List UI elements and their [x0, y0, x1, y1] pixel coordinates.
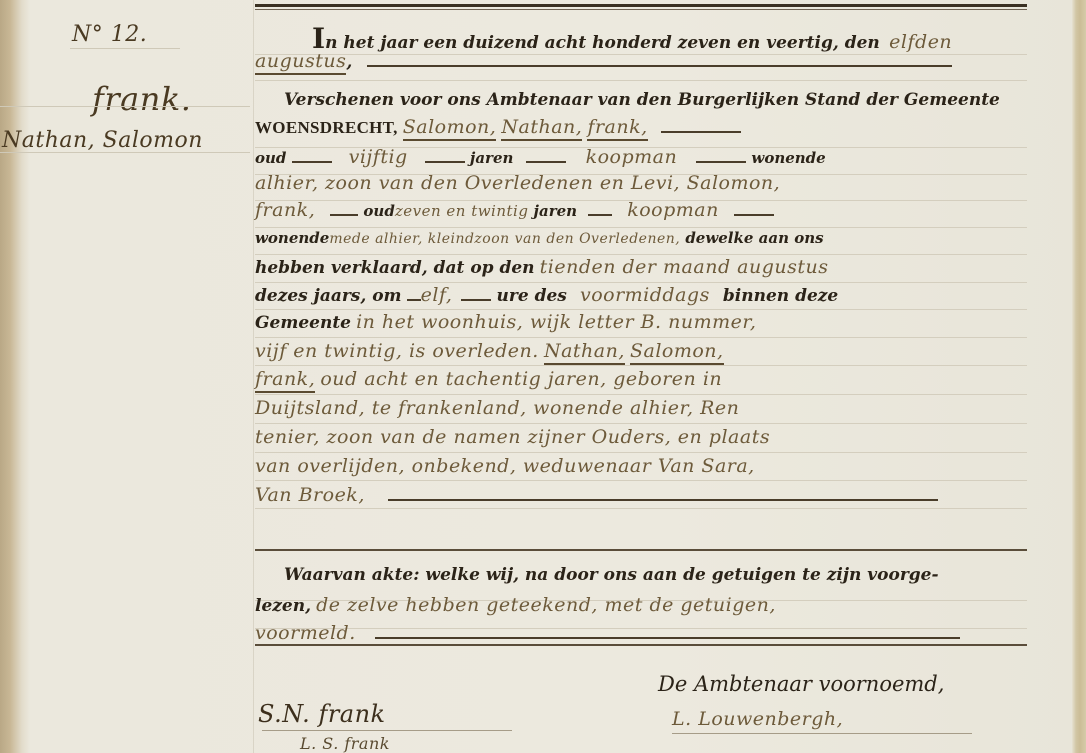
handwritten-text: oud acht en tachentig jaren, geboren in	[320, 368, 722, 390]
handwritten-occupation: koopman	[586, 146, 678, 168]
header-rule-thin	[255, 9, 1027, 10]
margin-surname: frank.	[92, 80, 191, 118]
handwritten-text: tenier, zoon van de namen zijner Ouders,…	[255, 426, 770, 448]
record-line-17: Van Broek,	[255, 484, 1030, 518]
declarant-signature-1: S.N. frank	[258, 700, 386, 728]
declarant-signature-2: L. S. frank	[300, 734, 390, 753]
fill-line	[588, 214, 612, 216]
handwritten-text: Van Broek,	[255, 484, 365, 506]
handwritten-age: zeven en twintig	[395, 202, 529, 220]
record-line-4: WOENSDRECHT, Salomon, Nathan, frank,	[255, 116, 1030, 150]
printed-text: Verschenen voor ons Ambtenaar van den Bu…	[284, 90, 1000, 110]
handwritten-text: van overlijden, onbekend, weduwenaar Van…	[255, 455, 755, 477]
printed-text: jaren	[534, 202, 578, 220]
printed-text: Waarvan akte: welke wij, na door ons aan…	[284, 565, 939, 585]
official-title: De Ambtenaar voornoemd,	[658, 672, 944, 696]
record-number: N° 12.	[72, 22, 147, 47]
printed-text: oud	[363, 202, 394, 220]
signature-line	[672, 733, 972, 734]
handwritten-place: in het woonhuis, wijk letter B. nummer,	[356, 311, 756, 333]
handwritten-surname: frank,	[587, 116, 647, 141]
fill-line	[330, 214, 358, 216]
handwritten-name: Salomon,	[403, 116, 497, 141]
handwritten-month: augustus	[255, 50, 346, 75]
handwritten-text: de zelve hebben geteekend, met de getuig…	[316, 594, 776, 616]
handwritten-date: tienden der maand augustus	[540, 256, 829, 278]
deceased-given-name: Salomon,	[630, 340, 724, 365]
fill-line	[461, 299, 491, 301]
section-separator	[255, 549, 1027, 551]
fill-line	[734, 214, 774, 216]
margin-divider	[253, 0, 254, 753]
handwritten-text: Duijtsland, te frankenland, wonende alhi…	[255, 397, 739, 419]
handwritten-hour: elf,	[421, 284, 453, 306]
official-signature: L. Louwenbergh,	[672, 708, 843, 730]
handwritten-age: vijftig	[349, 146, 408, 168]
handwritten-surname: frank,	[255, 199, 315, 221]
closing-line-3: voormeld.	[255, 622, 1030, 656]
fill-line	[526, 161, 566, 163]
printed-text: oud	[255, 149, 286, 167]
fill-line	[375, 637, 960, 639]
header-rule	[255, 4, 1027, 7]
printed-text: dezes jaars, om	[255, 286, 402, 306]
printed-text: Gemeente	[255, 313, 351, 333]
fill-line	[407, 299, 421, 301]
fill-line	[388, 499, 938, 501]
handwritten-text: mede alhier, kleindzoon van den Overlede…	[329, 231, 680, 247]
handwritten-text: vijf en twintig, is overleden.	[255, 340, 539, 362]
document-page: N° 12. frank. Nathan, Salomon In het jaa…	[0, 0, 1086, 753]
margin-rule-line	[70, 48, 180, 49]
signature-line	[262, 730, 512, 731]
handwritten-text: alhier, zoon van den Overledenen en Levi…	[255, 172, 780, 194]
record-line-2: augustus,	[255, 50, 1030, 84]
fill-line	[367, 65, 952, 67]
handwritten-occupation: koopman	[627, 199, 719, 221]
printed-text: wonende	[751, 149, 825, 167]
deceased-surname: frank,	[255, 368, 315, 393]
printed-comma: ,	[346, 52, 352, 72]
section-separator	[255, 644, 1027, 646]
page-binding-edge	[1072, 0, 1086, 753]
deceased-given-name: Nathan,	[544, 340, 625, 365]
fill-line	[661, 131, 741, 133]
margin-given-names: Nathan, Salomon	[2, 128, 203, 153]
fill-line	[696, 161, 746, 163]
printed-text: binnen deze	[723, 286, 838, 306]
printed-text: wonende	[255, 229, 329, 247]
fill-line	[292, 161, 332, 163]
fill-line	[425, 161, 465, 163]
printed-text: dewelke aan ons	[685, 229, 823, 247]
printed-text: lezen,	[255, 596, 311, 616]
municipality-name: WOENSDRECHT,	[255, 118, 398, 137]
printed-text: hebben verklaard, dat op den	[255, 258, 535, 278]
printed-text: jaren	[470, 149, 514, 167]
handwritten-time-of-day: voormiddags	[580, 284, 710, 306]
margin-rule-line	[0, 152, 250, 153]
handwritten-name: Nathan,	[501, 116, 582, 141]
margin-rule-line	[0, 106, 250, 107]
handwritten-text: voormeld.	[255, 622, 356, 644]
printed-text: ure des	[497, 286, 567, 306]
